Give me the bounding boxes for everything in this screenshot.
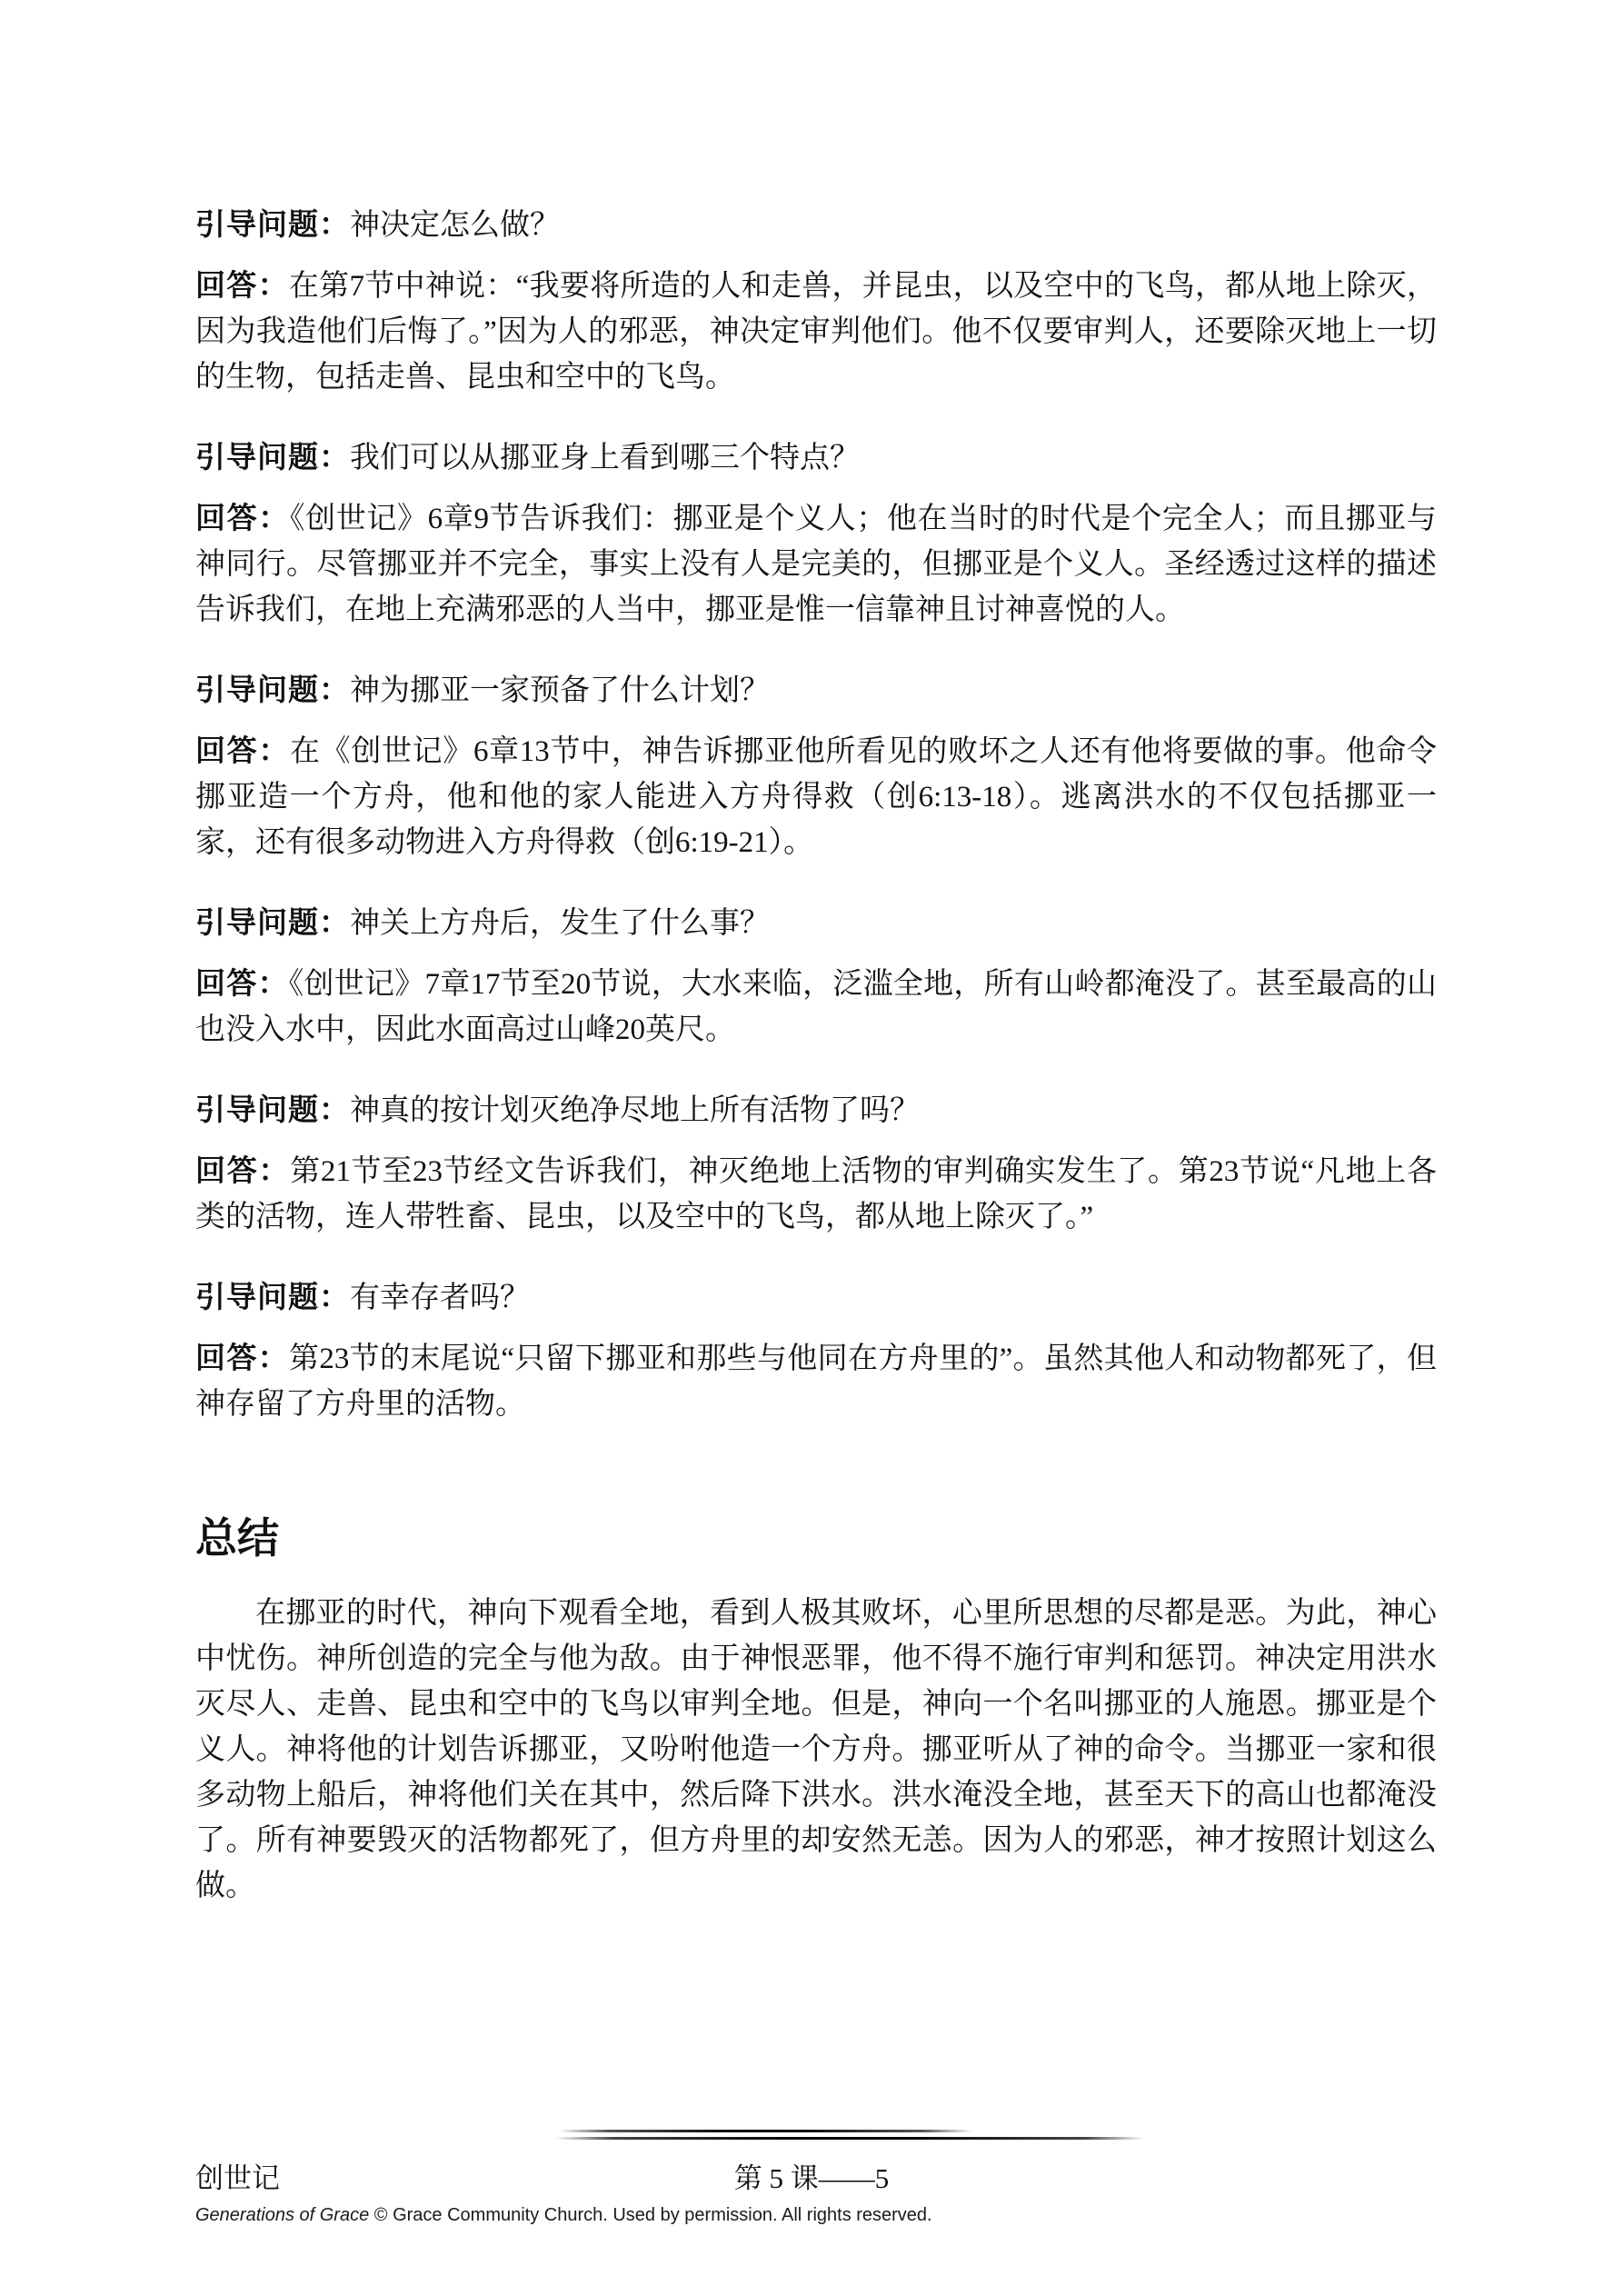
answer-label: 回答： (195, 501, 290, 534)
footer-divider-top-line (559, 2130, 972, 2132)
guide-question: 引导问题：有幸存者吗？ (195, 1274, 1437, 1321)
question-text: 我们可以从挪亚身上看到哪三个特点？ (350, 442, 860, 474)
answer-paragraph: 回答：《创世记》6章9节告诉我们：挪亚是个义人；他在当时的时代是个完全人；而且挪… (195, 495, 1437, 633)
answer-paragraph: 回答：在第7节中神说：“我要将所造的人和走兽，并昆虫，以及空中的飞鸟，都从地上除… (195, 263, 1437, 400)
footer-page-number: 第 5 课——5 (195, 2160, 1428, 2198)
question-text: 神决定怎么做？ (350, 209, 560, 242)
qa-block: 引导问题：神决定怎么做？ 回答：在第7节中神说：“我要将所造的人和走兽，并昆虫，… (195, 202, 1437, 400)
guide-question: 引导问题：神关上方舟后，发生了什么事？ (195, 900, 1437, 946)
answer-paragraph: 回答：第23节的末尾说“只留下挪亚和那些与他同在方舟里的”。虽然其他人和动物都死… (195, 1335, 1437, 1427)
summary-paragraph: 在挪亚的时代，神向下观看全地，看到人极其败坏，心里所思想的尽都是恶。为此，神心中… (195, 1591, 1437, 1909)
guide-question: 引导问题：我们可以从挪亚身上看到哪三个特点？ (195, 434, 1437, 481)
guide-question: 引导问题：神真的按计划灭绝净尽地上所有活物了吗？ (195, 1087, 1437, 1133)
answer-label: 回答： (195, 268, 289, 302)
question-text: 神真的按计划灭绝净尽地上所有活物了吗？ (350, 1094, 920, 1127)
answer-paragraph: 回答：第21节至23节经文告诉我们，神灭绝地上活物的审判确实发生了。第23节说“… (195, 1148, 1437, 1240)
copyright-text: © Grace Community Church. Used by permis… (369, 2205, 931, 2225)
answer-text: 《创世记》7章17节至20节说，大水来临，泛滥全地，所有山岭都淹没了。甚至最高的… (195, 968, 1437, 1046)
question-text: 神为挪亚一家预备了什么计划？ (350, 674, 770, 707)
copyright-series-title: Generations of Grace (195, 2205, 369, 2225)
answer-text: 第21节至23节经文告诉我们，神灭绝地上活物的审判确实发生了。第23节说“凡地上… (195, 1155, 1437, 1233)
qa-block: 引导问题：神为挪亚一家预备了什么计划？ 回答：在《创世记》6章13节中，神告诉挪… (195, 667, 1437, 865)
copyright-line: Generations of Grace © Grace Community C… (195, 2203, 932, 2227)
footer-divider-bottom-line (555, 2137, 1144, 2140)
answer-paragraph: 回答：《创世记》7章17节至20节说，大水来临，泛滥全地，所有山岭都淹没了。甚至… (195, 961, 1437, 1053)
answer-text: 在《创世记》6章13节中，神告诉挪亚他所看见的败坏之人还有他将要做的事。他命令挪… (195, 735, 1437, 859)
qa-block: 引导问题：有幸存者吗？ 回答：第23节的末尾说“只留下挪亚和那些与他同在方舟里的… (195, 1274, 1437, 1427)
footer-book-title: 创世记 (195, 2160, 280, 2198)
question-label: 引导问题： (195, 1093, 350, 1126)
question-label: 引导问题： (195, 905, 350, 939)
question-text: 有幸存者吗？ (350, 1282, 530, 1314)
question-label: 引导问题： (195, 440, 350, 474)
answer-text: 《创世记》6章9节告诉我们：挪亚是个义人；他在当时的时代是个完全人；而且挪亚与神… (195, 503, 1437, 626)
question-label: 引导问题： (195, 1280, 350, 1313)
lesson-qa-section: 引导问题：神决定怎么做？ 回答：在第7节中神说：“我要将所造的人和走兽，并昆虫，… (195, 202, 1437, 1909)
qa-block: 引导问题：神关上方舟后，发生了什么事？ 回答：《创世记》7章17节至20节说，大… (195, 900, 1437, 1053)
summary-heading: 总结 (195, 1511, 1437, 1565)
answer-label: 回答： (195, 1341, 289, 1374)
answer-label: 回答： (195, 1153, 290, 1187)
answer-paragraph: 回答：在《创世记》6章13节中，神告诉挪亚他所看见的败坏之人还有他将要做的事。他… (195, 728, 1437, 865)
answer-label: 回答： (195, 966, 289, 1000)
guide-question: 引导问题：神决定怎么做？ (195, 202, 1437, 248)
page-footer: 创世记 第 5 课——5 (195, 2160, 1428, 2198)
question-text: 神关上方舟后，发生了什么事？ (350, 907, 770, 940)
document-page: 引导问题：神决定怎么做？ 回答：在第7节中神说：“我要将所造的人和走兽，并昆虫，… (0, 0, 1623, 2296)
question-label: 引导问题： (195, 207, 350, 241)
answer-text: 第23节的末尾说“只留下挪亚和那些与他同在方舟里的”。虽然其他人和动物都死了，但… (195, 1343, 1437, 1421)
qa-block: 引导问题：我们可以从挪亚身上看到哪三个特点？ 回答：《创世记》6章9节告诉我们：… (195, 434, 1437, 633)
question-label: 引导问题： (195, 673, 350, 706)
answer-text: 在第7节中神说：“我要将所造的人和走兽，并昆虫，以及空中的飞鸟，都从地上除灭，因… (195, 270, 1437, 394)
guide-question: 引导问题：神为挪亚一家预备了什么计划？ (195, 667, 1437, 714)
qa-block: 引导问题：神真的按计划灭绝净尽地上所有活物了吗？ 回答：第21节至23节经文告诉… (195, 1087, 1437, 1240)
answer-label: 回答： (195, 734, 290, 767)
